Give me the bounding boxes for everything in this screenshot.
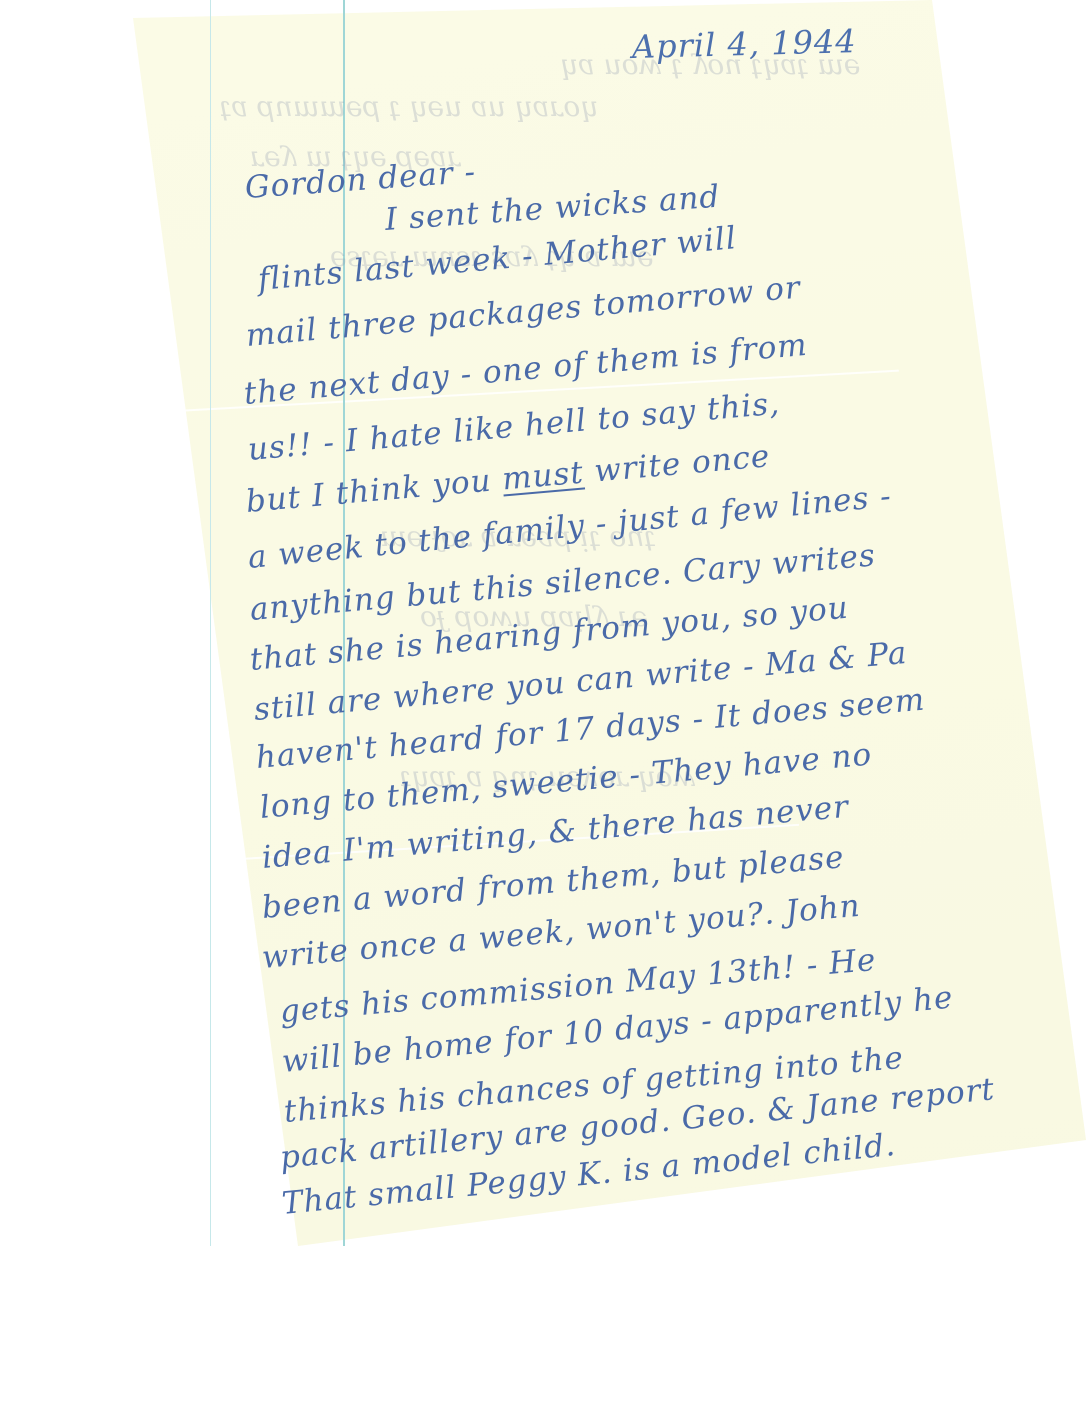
letter-date: April 4, 1944 bbox=[632, 22, 858, 66]
scanned-letter-page: ǝɯ ʇɐɥʇ noʎ ʇ ʍou ɐɥ ɥoɹɐɥ uɐ uǝɥ ʇ pǝɯɯ… bbox=[0, 0, 1088, 1408]
emphasized-word: must bbox=[501, 455, 586, 498]
bleed-through-text: ɥoɹɐɥ uɐ uǝɥ ʇ pǝɯɯnp ɐʇ bbox=[220, 90, 598, 123]
left-margin-line-outer bbox=[210, 0, 211, 1246]
